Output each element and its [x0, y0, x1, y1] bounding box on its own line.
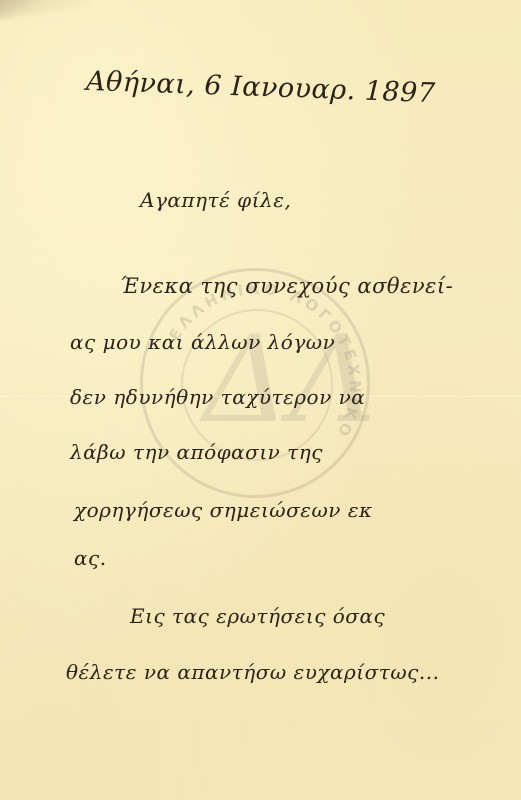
letter-line: Εις τας ερωτήσεις όσας [130, 604, 385, 628]
letter-line: θέλετε να απαντήσω ευχαρίστως... [66, 660, 439, 684]
letter-line: χορηγήσεως σημειώσεων εκ [74, 498, 373, 522]
dateline: Αθήναι, 6 Ιανουαρ. 1897 [86, 66, 436, 109]
letter-line: ας. [74, 546, 107, 570]
salutation: Αγαπητέ φίλε, [140, 188, 291, 212]
letter-line: Ένεκα της συνεχούς ασθενεί- [120, 274, 453, 298]
letter-line: δεν ηδυνήθην ταχύτερον να [70, 385, 365, 409]
letter-line: ας μου και άλλων λόγων [70, 330, 335, 354]
letter-line: λάβω την απόφασιν της [70, 440, 323, 464]
letter-paper: ΕΛΛΗΝΙΚΟ ΛΟΓΟΤΕΧΝΙΚΟ ΔΛ Αθήναι, 6 Ιανουα… [0, 0, 521, 800]
corner-shadow [0, 0, 92, 21]
